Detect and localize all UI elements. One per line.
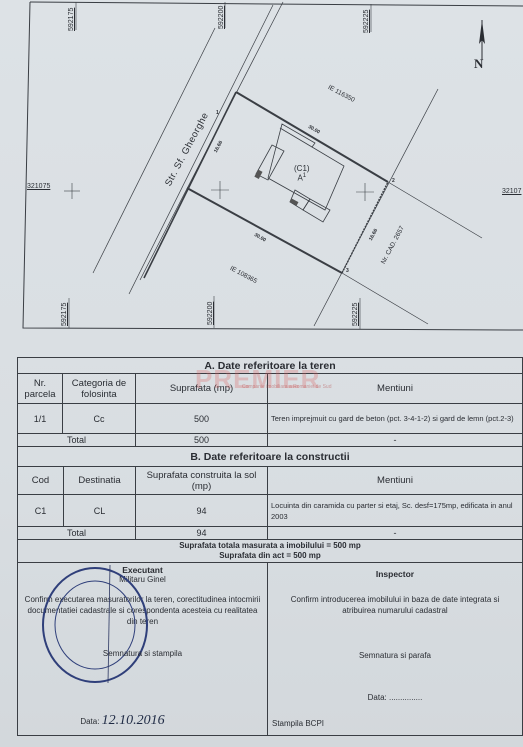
cell-mentiuni: Teren imprejmuit cu gard de beton (pct. …	[268, 404, 523, 434]
header-destinatia: Destinatia	[64, 467, 136, 495]
cell-destinatia: CL	[64, 495, 136, 527]
inspector-title: Inspector	[268, 569, 522, 579]
inspector-date-label: Data: ...............	[268, 693, 522, 702]
point-2: 2	[392, 178, 395, 184]
cadastral-data-tables: PREMIER Companie imobiliara a Romaniei d…	[17, 357, 523, 736]
coord-left: 321075	[27, 183, 50, 190]
header-cod: Cod	[18, 467, 64, 495]
point-1: 1	[216, 110, 219, 116]
executant-date-label: Data:	[80, 717, 99, 726]
total-value: 94	[136, 527, 268, 540]
map-drawing	[0, 0, 523, 335]
building-label: (C1) A1	[294, 164, 310, 183]
total-row: Total 94 -	[18, 527, 523, 540]
summary-box: Suprafata totala masurata a imobilului =…	[18, 540, 523, 563]
header-mentiuni: Mentiuni	[268, 374, 523, 404]
coord-bottom-3: 592225	[352, 303, 359, 326]
section-a-table: A. Date referitoare la teren Nr. parcela…	[17, 357, 523, 447]
header-suprafata-construita: Suprafata construita la sol (mp)	[136, 467, 268, 495]
site-plan-map: 592175 592200 592225 592175 592200 59222…	[0, 0, 523, 335]
executant-cell: Executant Militaru Ginel Confirm executa…	[18, 563, 268, 736]
summary-total-area: Suprafata totala masurata a imobilului =…	[19, 541, 521, 551]
table-row: C1 CL 94 Locuinta din caramida cu parter…	[18, 495, 523, 527]
cell-categoria: Cc	[63, 404, 136, 434]
coord-right: 32107	[502, 188, 521, 195]
cadastral-plan-sheet: 592175 592200 592225 592175 592200 59222…	[0, 0, 523, 747]
certification-stamp-icon	[40, 565, 150, 685]
north-arrow-icon	[479, 20, 485, 60]
table-row: 1/1 Cc 500 Teren imprejmuit cu gard de b…	[18, 404, 523, 434]
inspector-stamp-label: Stampila BCPI	[272, 719, 522, 728]
total-mentiuni: -	[268, 527, 523, 540]
total-label: Total	[18, 434, 136, 447]
cell-nr: 1/1	[18, 404, 63, 434]
total-label: Total	[18, 527, 136, 540]
cell-cod: C1	[18, 495, 64, 527]
executant-date-value: 12.10.2016	[102, 713, 165, 728]
total-row: Total 500 -	[18, 434, 523, 447]
cell-suprafata: 94	[136, 495, 268, 527]
north-label: N	[474, 56, 483, 72]
inspector-signature-label: Semnatura si parafa	[268, 651, 522, 660]
section-b-table: B. Date referitoare la constructii Cod D…	[17, 446, 523, 563]
building-code: (C1)	[294, 164, 310, 173]
coord-top-1: 592175	[68, 8, 75, 31]
building-superscript: 1	[303, 173, 306, 179]
cell-suprafata: 500	[136, 404, 268, 434]
coord-top-3: 592225	[363, 10, 370, 33]
summary-act-area: Suprafata din act = 500 mp	[19, 551, 521, 561]
header-categoria: Categoria de folosinta	[63, 374, 136, 404]
coord-top-2: 592200	[218, 6, 225, 29]
section-b-title: B. Date referitoare la constructii	[18, 447, 523, 467]
section-a-title: A. Date referitoare la teren	[18, 358, 523, 374]
header-mentiuni: Mentiuni	[268, 467, 523, 495]
total-mentiuni: -	[268, 434, 523, 447]
inspector-cell: Inspector Confirm introducerea imobilulu…	[268, 563, 523, 736]
header-nr-parcela: Nr. parcela	[18, 374, 63, 404]
total-value: 500	[136, 434, 268, 447]
coord-bottom-1: 592175	[61, 303, 68, 326]
coord-bottom-2: 592200	[207, 302, 214, 325]
point-3: 3	[346, 268, 349, 274]
cell-mentiuni: Locuinta din caramida cu parter si etaj,…	[268, 495, 523, 527]
executant-signature-label: Semnatura si stampila	[18, 649, 267, 658]
signature-table: Executant Militaru Ginel Confirm executa…	[17, 562, 523, 736]
inspector-statement: Confirm introducerea imobilului in baza …	[274, 594, 516, 616]
header-suprafata: Suprafata (mp)	[136, 374, 268, 404]
